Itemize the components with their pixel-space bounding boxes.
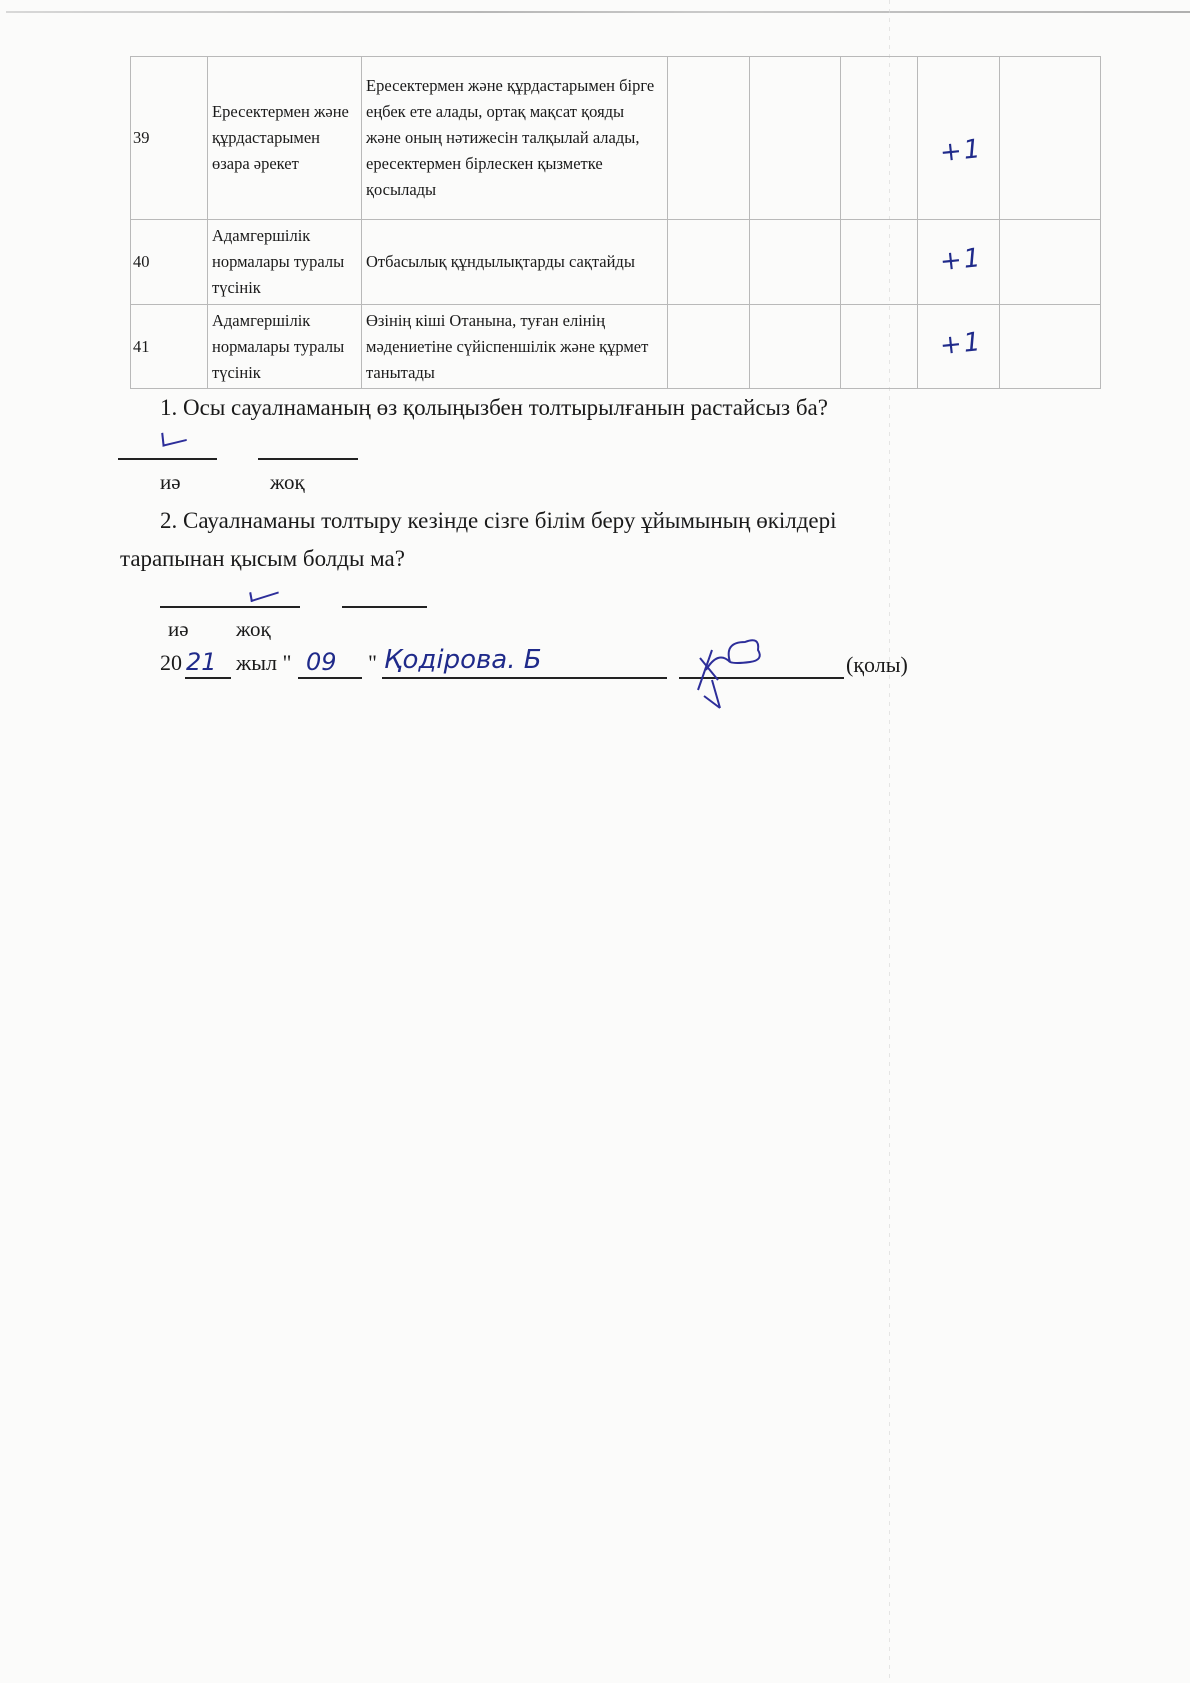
score-cell-marked[interactable]: +1 xyxy=(918,220,1000,305)
handwritten-mark: +1 xyxy=(921,329,984,361)
question-2-text-line1: 2. Сауалнаманы толтыру кезінде сізге біл… xyxy=(160,503,837,539)
score-cell[interactable] xyxy=(841,305,918,389)
question-2-text-line2: тарапынан қысым болды ма? xyxy=(120,541,405,577)
answer-line-yes[interactable] xyxy=(118,458,217,460)
yes-label: иә xyxy=(168,617,189,642)
row-number: 39 xyxy=(131,57,208,220)
answer-line-no[interactable] xyxy=(258,458,358,460)
day-line[interactable] xyxy=(298,677,362,679)
row-number: 41 xyxy=(131,305,208,389)
area-cell: Адамгершілік нормалары туралы түсінік xyxy=(208,220,362,305)
score-cell[interactable] xyxy=(750,305,841,389)
checkmark-icon xyxy=(161,427,187,446)
score-cell[interactable] xyxy=(668,220,750,305)
indicator-cell: Отбасылық құндылықтарды сақтайды xyxy=(362,220,668,305)
table-row: 41 Адамгершілік нормалары туралы түсінік… xyxy=(131,305,1101,389)
score-cell[interactable] xyxy=(750,220,841,305)
no-label: жоқ xyxy=(236,617,271,642)
quote-close: " xyxy=(368,650,377,676)
year-prefix: 20 xyxy=(160,650,182,676)
handwritten-mark: +1 xyxy=(921,244,984,276)
no-label: жоқ xyxy=(270,470,305,495)
score-cell[interactable] xyxy=(1000,305,1101,389)
row-number: 40 xyxy=(131,220,208,305)
area-cell: Адамгершілік нормалары туралы түсінік xyxy=(208,305,362,389)
checkmark-icon xyxy=(249,584,279,602)
indicator-cell: Өзінің кіші Отанына, туған елінің мәдени… xyxy=(362,305,668,389)
yes-label: иә xyxy=(160,470,181,495)
table-row: 39 Ересектермен және құрдастарымен өзара… xyxy=(131,57,1101,220)
area-cell: Ересектермен және құрдастарымен өзара әр… xyxy=(208,57,362,220)
signature-scribble-icon xyxy=(690,630,780,720)
score-cell[interactable] xyxy=(1000,57,1101,220)
score-cell[interactable] xyxy=(841,220,918,305)
name-line[interactable] xyxy=(382,677,667,679)
scan-artifact-line xyxy=(6,11,1190,13)
year-handwritten: 21 xyxy=(186,648,217,676)
year-line[interactable] xyxy=(185,677,231,679)
assessment-table: 39 Ересектермен және құрдастарымен өзара… xyxy=(130,56,1101,389)
answer-line-yes[interactable] xyxy=(160,606,300,608)
day-handwritten: 09 xyxy=(306,648,337,676)
score-cell[interactable] xyxy=(1000,220,1101,305)
signature-label: (қолы) xyxy=(846,652,908,678)
table-row: 40 Адамгершілік нормалары туралы түсінік… xyxy=(131,220,1101,305)
score-cell[interactable] xyxy=(750,57,841,220)
question-1-text: 1. Осы сауалнаманың өз қолыңызбен толтыр… xyxy=(160,390,828,426)
score-cell[interactable] xyxy=(841,57,918,220)
year-suffix: жыл " xyxy=(236,650,291,676)
handwritten-mark: +1 xyxy=(921,135,984,167)
score-cell-marked[interactable]: +1 xyxy=(918,57,1000,220)
score-cell[interactable] xyxy=(668,305,750,389)
score-cell[interactable] xyxy=(668,57,750,220)
name-handwritten: Қодірова. Б xyxy=(384,645,542,675)
answer-line-no[interactable] xyxy=(342,606,427,608)
score-cell-marked[interactable]: +1 xyxy=(918,305,1000,389)
indicator-cell: Ересектермен және құрдастарымен бірге ең… xyxy=(362,57,668,220)
